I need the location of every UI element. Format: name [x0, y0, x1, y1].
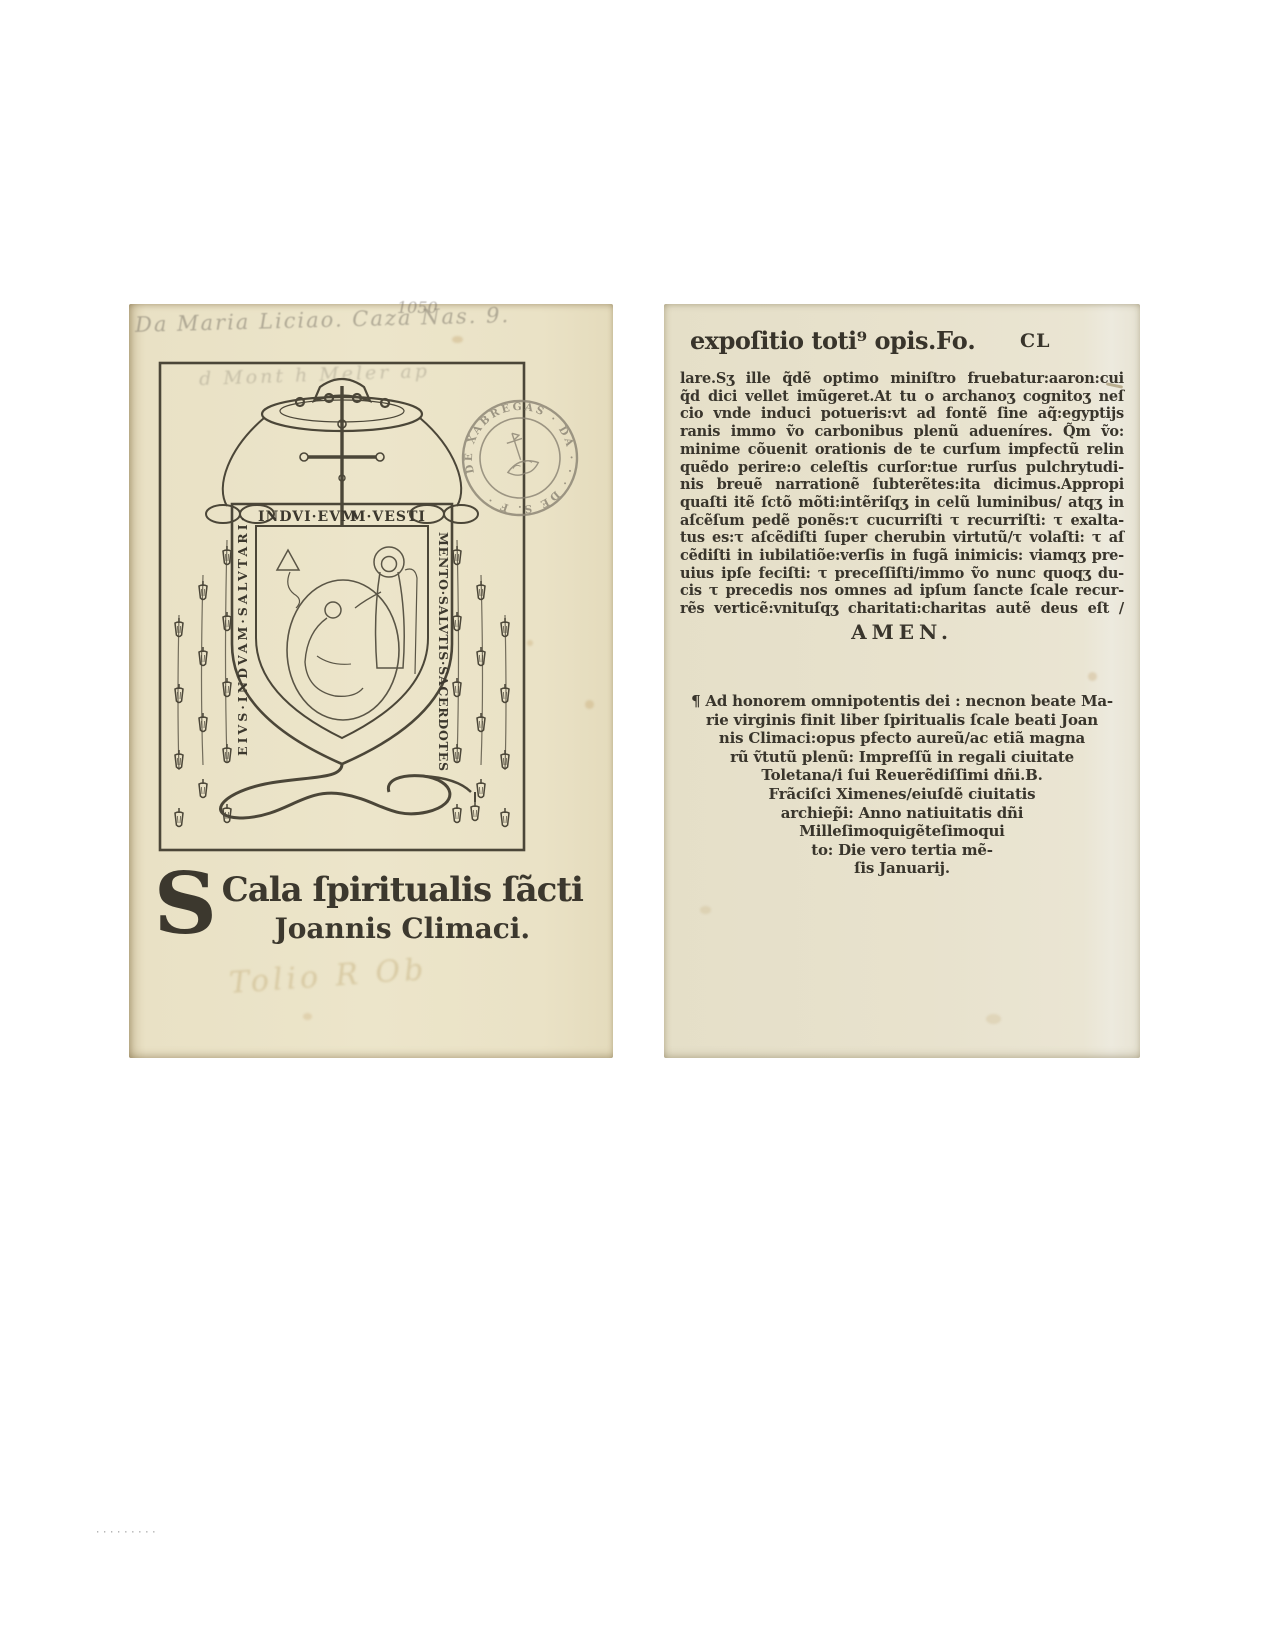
colophon-line: rũ ṽtutũ plenũ: Impreſſũ in regali ciuit… — [680, 748, 1124, 767]
stamp-cross-emblem — [497, 428, 541, 478]
cord-tassel — [471, 802, 479, 821]
title-drop-cap: S — [153, 866, 217, 942]
investiture-scene — [277, 547, 417, 720]
colophon-line: Frãciſci Ximenes/eiuſdẽ ciuitatis — [680, 785, 1124, 804]
body-text-line: lare.Sʒ ille q̃dẽ optimo miniſtro frueba… — [680, 370, 1124, 388]
body-text-line: uius ipſe feciſti: τ preceſſiſti/immo ṽo… — [680, 565, 1124, 583]
handwritten-inscription-top: Da Maria Liciao. Caza Nas. 9. — [135, 303, 511, 337]
body-text-line: ranis immo ṽo carbonibus plenũ adueníres… — [680, 423, 1124, 441]
colophon-line: rie virginis finit liber ſpiritualis ſca… — [680, 711, 1124, 730]
body-text-line: minime cõuenit orationis de te curſum im… — [680, 441, 1124, 459]
colophon-line: ſis Januarij. — [680, 859, 1124, 878]
bottom-cord — [221, 764, 475, 818]
shield-inscription-top-right: M·VESTI — [350, 509, 426, 525]
amen-line: AMEN. — [680, 620, 1124, 644]
mat-dotted-marks: ········· — [95, 1528, 158, 1538]
colophon-line: to: Die vero tertia mẽ- — [680, 841, 1124, 860]
shield-inscription-right: MENTO·SALVTIS·SACERDOTES — [436, 532, 451, 772]
colophon-line: archiep̃i: Anno natiuitatis dñi — [680, 804, 1124, 823]
colophon-line: Toletana/i ſui Reuerẽdiſſimi dñi.B. — [680, 766, 1124, 785]
body-text-line: quaſti itẽ ſctõ mõti:intẽriſqʒ in celũ l… — [680, 494, 1124, 512]
library-stamp: DE XABREGAS · DA · · · DE S. F · — [458, 396, 582, 520]
shield-inscription-top-left: INDVI·EVM — [258, 509, 358, 525]
running-header: expoſitio toti⁹ opis. Fo. CL — [664, 326, 1140, 358]
body-text-line: cio vnde induci potueris:vt ad fontẽ ſin… — [680, 405, 1124, 423]
body-text-block: lare.Sʒ ille q̃dẽ optimo miniſtro frueba… — [680, 370, 1124, 618]
colophon-page-photo: expoſitio toti⁹ opis. Fo. CL lare.Sʒ ill… — [664, 304, 1140, 1058]
colophon-line: Milleſimoquigẽteſimoqui — [680, 822, 1124, 841]
running-header-title: expoſitio toti⁹ opis. — [690, 326, 936, 355]
body-text-line: q̃d dici vellet imũgeret.At tu o archano… — [680, 388, 1124, 406]
body-text-line: nis breuẽ narrationẽ ſubterẽtes:ita dici… — [680, 476, 1124, 494]
title-page-photo: Da Maria Liciao. Caza Nas. 9. 1050 d Mon… — [129, 304, 613, 1058]
book-title: S Cala ſpiritualis ſãcti Joannis Climaci… — [155, 866, 587, 945]
colophon-line: nis Climaci:opus pfecto aureũ/ac etiã ma… — [680, 729, 1124, 748]
colophon-line: ¶ Ad honorem omnipotentis dei : necnon b… — [680, 692, 1124, 711]
folio-number: CL — [1020, 330, 1050, 352]
shield — [232, 504, 452, 764]
body-text-line: quẽdo perire:o celeſtis curſor:tue rurſu… — [680, 459, 1124, 477]
colophon-block: ¶ Ad honorem omnipotentis dei : necnon b… — [680, 692, 1124, 878]
body-text-line: cis τ precedis nos omnes ad ipſum ſancte… — [680, 582, 1124, 600]
body-text-line: cẽdiſti in iubilatiõe:verſis in fugã ini… — [680, 547, 1124, 565]
title-line-1: Cala ſpiritualis ſãcti — [222, 870, 583, 910]
title-lines: Cala ſpiritualis ſãcti Joannis Climaci. — [222, 866, 583, 945]
photograph-background: { "colors":{"paper_left":"#ece5ca","pape… — [0, 0, 1264, 1641]
body-text-line: aſcẽſum pedẽ ponẽs:τ cucurriſti τ recurr… — [680, 512, 1124, 530]
title-line-2: Joannis Climaci. — [222, 912, 583, 945]
folio-label: Fo. — [936, 326, 976, 355]
handwritten-inscription-bottom: Tolio R Ob — [228, 952, 428, 1001]
shield-inscription-left: EIVS·INDVAM·SALVTARI· — [235, 516, 250, 756]
body-text-line: tus es:τ aſcẽdiſti ſuper cherubin virtut… — [680, 529, 1124, 547]
handwritten-number: 1050 — [397, 298, 438, 317]
body-text-line: rẽs verticẽ:vnituſqʒ charitati:charitas … — [680, 600, 1124, 618]
